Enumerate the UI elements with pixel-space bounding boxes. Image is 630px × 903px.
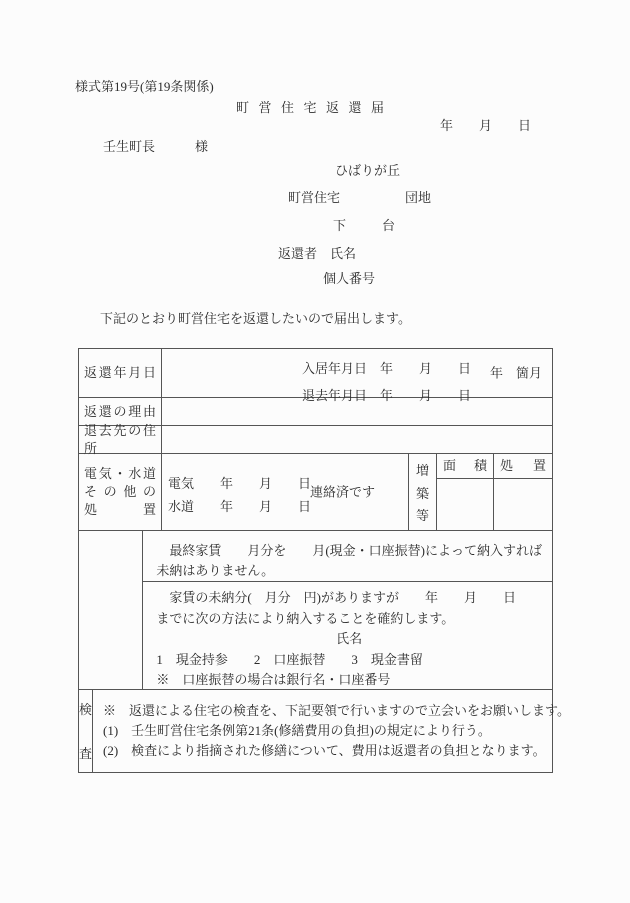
unpaid-rent-cell: 家賃の未納分( 月分 円)がありますが 年 月 日 までに次の方法により納入する…	[143, 582, 552, 691]
row-return-date-label-cell: 返還年月日	[79, 349, 162, 397]
extension-char-1: 増	[416, 460, 429, 479]
row-utilities-label-cell: 電気・水道 その他の 処置	[79, 454, 162, 530]
inspection-label-cell: 検 査	[79, 690, 93, 772]
inspection-line2: (1) 壬生町営住宅条例第21条(修繕費用の負担)の規定により行う。	[103, 721, 570, 741]
page-title: 町営住宅返還届	[236, 100, 394, 116]
contacted-note: 連絡済です	[310, 481, 375, 504]
signer-name-label: 氏名	[156, 629, 542, 650]
row-utilities: 電気・水道 その他の 処置 電気 年 月 日 水道 年 月 日 連絡済です 増 …	[79, 454, 552, 531]
payment-methods-line: 1 現金持参 2 口座振替 3 現金書留	[156, 650, 542, 671]
date-blank-line: 年 月 日	[440, 118, 531, 134]
unpaid-rent-line1: 家賃の未納分( 月分 円)がありますが 年 月 日	[156, 588, 542, 609]
unpaid-rent-line2: までに次の方法により納入することを確約します。	[156, 609, 542, 630]
extension-char-2: 築	[416, 483, 429, 502]
residency-duration-blank: 年 箇月	[490, 360, 542, 387]
return-form-table: 返還年月日 入居年月日 年 月 日 退去年月日 年 月 日 年 箇月 返還の理由…	[78, 348, 553, 773]
returner-name-label: 返還者 氏名	[278, 246, 356, 262]
utilities-label-line2: その他の	[84, 483, 156, 501]
area-header: 面積	[437, 454, 493, 479]
personal-number-label: 個人番号	[323, 271, 375, 287]
disposal-column: 処置	[494, 454, 552, 530]
danchi-label: 団地	[405, 190, 431, 206]
inspection-char-1: 検	[79, 699, 92, 718]
housing-label: 町営住宅	[288, 190, 340, 206]
utilities-label-line3: 処置	[84, 501, 156, 519]
dai-label: 台	[382, 218, 395, 234]
form-number: 様式第19号(第19条関係)	[75, 79, 214, 95]
extension-column: 増 築 等	[409, 454, 437, 530]
estate-name: ひばりが丘	[335, 163, 400, 179]
row-inspection: 検 査 ※ 返還による住宅の検査を、下記要領で行いますので立会いをお願いします。…	[79, 690, 552, 772]
row-return-reason-value-cell	[162, 398, 552, 425]
row-return-date: 返還年月日 入居年月日 年 月 日 退去年月日 年 月 日 年 箇月	[79, 349, 552, 398]
area-column: 面積	[437, 454, 494, 530]
honorific-sama: 様	[195, 139, 208, 155]
extension-char-3: 等	[416, 505, 429, 524]
document-page: 様式第19号(第19条関係) 町営住宅返還届 年 月 日 壬生町長 様 ひばりが…	[0, 0, 630, 903]
row-return-date-label: 返還年月日	[84, 364, 156, 382]
row-forwarding-address-label: 退去先の住所	[84, 422, 156, 458]
utilities-dates-cell: 電気 年 月 日 水道 年 月 日 連絡済です	[162, 454, 409, 530]
disposal-header: 処置	[494, 454, 552, 479]
utilities-label-line1: 電気・水道	[84, 465, 156, 483]
final-rent-line2: 未納はありません。	[156, 561, 542, 581]
final-rent-cell: 最終家賃 月分を 月(現金・口座振替)によって納入すれば 未納はありません。	[143, 531, 552, 582]
row-forwarding-address-value-cell	[162, 426, 552, 453]
area-value-cell	[437, 479, 493, 530]
inspection-content-cell: ※ 返還による住宅の検査を、下記要領で行いますので立会いをお願いします。 (1)…	[93, 690, 570, 772]
row-forwarding-address-label-cell: 退去先の住所	[79, 426, 162, 453]
row-return-reason-label: 返還の理由	[84, 403, 156, 421]
row-forwarding-address: 退去先の住所	[79, 426, 552, 454]
shita-label: 下	[333, 218, 346, 234]
rent-label-cell-empty	[79, 531, 143, 689]
row-return-date-value-cell: 入居年月日 年 月 日 退去年月日 年 月 日 年 箇月	[162, 349, 552, 397]
rent-content: 最終家賃 月分を 月(現金・口座振替)によって納入すれば 未納はありません。 家…	[143, 531, 552, 689]
intro-sentence: 下記のとおり町営住宅を返還したいので届出します。	[100, 311, 411, 327]
inspection-line3: (2) 検査により指摘された修繕について、費用は返還者の負担となります。	[103, 741, 570, 761]
inspection-line1: ※ 返還による住宅の検査を、下記要領で行いますので立会いをお願いします。	[103, 701, 570, 721]
row-rent-settlement: 最終家賃 月分を 月(現金・口座振替)によって納入すれば 未納はありません。 家…	[79, 531, 552, 690]
final-rent-line1: 最終家賃 月分を 月(現金・口座振替)によって納入すれば	[156, 541, 542, 561]
bank-transfer-note: ※ 口座振替の場合は銀行名・口座番号	[156, 670, 542, 691]
disposal-value-cell	[494, 479, 552, 530]
inspection-char-2: 査	[79, 743, 92, 762]
addressee-mayor: 壬生町長	[103, 139, 155, 155]
